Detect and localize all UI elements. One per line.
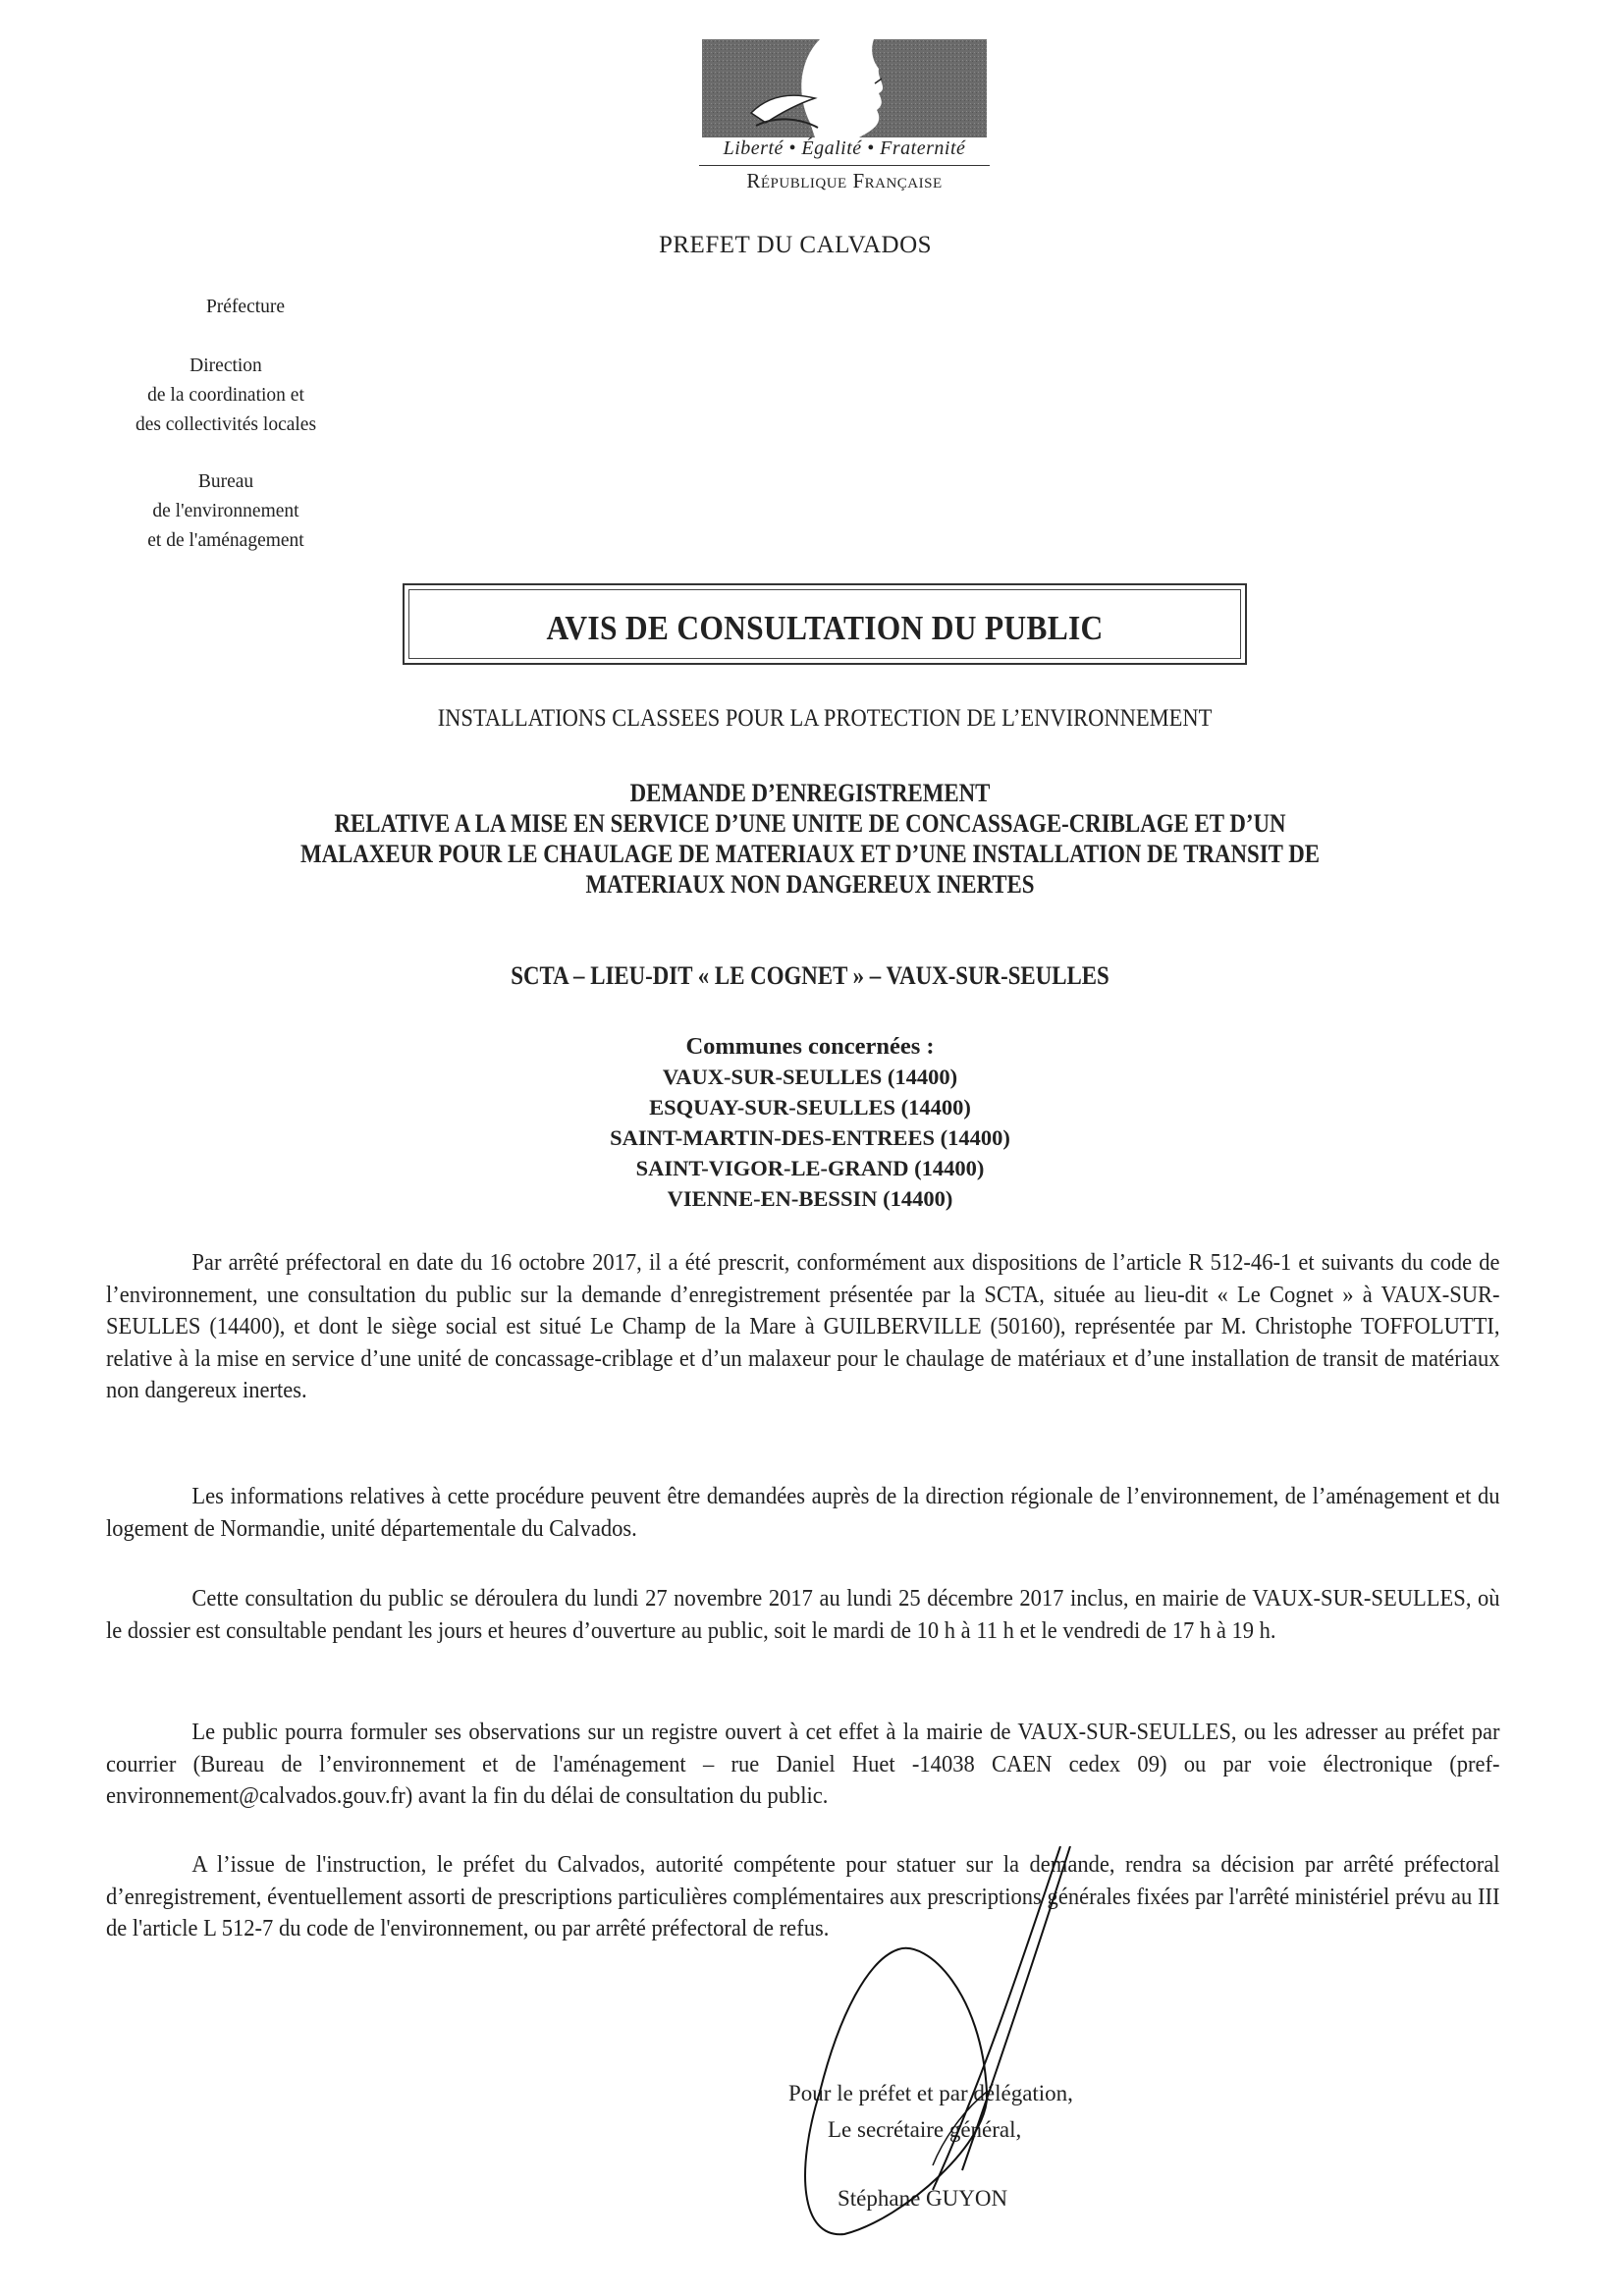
sender-bureau-line: de l'environnement <box>108 497 344 526</box>
body-paragraph: Cette consultation du public se dérouler… <box>106 1583 1500 1647</box>
republic-name: République Française <box>687 169 1001 193</box>
paragraph-text: Les informations relatives à cette procé… <box>106 1483 1500 1542</box>
request-heading: DEMANDE D’ENREGISTREMENT RELATIVE A LA M… <box>227 778 1393 900</box>
sender-prefecture: Préfecture <box>147 293 344 322</box>
prefet-heading: PREFET DU CALVADOS <box>589 232 1001 259</box>
marianne-logo-icon <box>702 39 987 137</box>
paragraph-text: Le public pourra formuler ses observatio… <box>106 1719 1500 1809</box>
page-title: AVIS DE CONSULTATION DU PUBLIC <box>445 609 1205 648</box>
request-heading-line: MATERIAUX NON DANGEREUX INERTES <box>227 869 1393 900</box>
body-paragraph: Par arrêté préfectoral en date du 16 oct… <box>106 1247 1500 1407</box>
communes-title: Communes concernées : <box>491 1031 1129 1062</box>
sender-bureau-line: et de l'aménagement <box>108 526 344 556</box>
request-heading-line: RELATIVE A LA MISE EN SERVICE D’UNE UNIT… <box>227 808 1393 839</box>
commune-item: VAUX-SUR-SEULLES (14400) <box>491 1062 1129 1092</box>
request-heading-line: MALAXEUR POUR LE CHAULAGE DE MATERIAUX E… <box>227 839 1393 869</box>
sender-direction-line: de la coordination et <box>108 381 344 410</box>
sender-direction-line: des collectivités locales <box>108 410 344 440</box>
commune-item: SAINT-MARTIN-DES-ENTREES (14400) <box>491 1122 1129 1153</box>
body-paragraph: Le public pourra formuler ses observatio… <box>106 1717 1500 1813</box>
logo-divider <box>699 165 990 166</box>
sender-direction: Direction de la coordination et des coll… <box>108 352 344 440</box>
body-paragraph: A l’issue de l'instruction, le préfet du… <box>106 1849 1500 1945</box>
request-heading-line: DEMANDE D’ENREGISTREMENT <box>227 778 1393 808</box>
signature-delegation: Pour le préfet et par délégation, <box>788 2081 1073 2106</box>
signature-role: Le secrétaire général, <box>828 2117 1021 2143</box>
signatory-name: Stéphane GUYON <box>838 2186 1007 2212</box>
paragraph-text: A l’issue de l'instruction, le préfet du… <box>106 1851 1500 1941</box>
republic-motto: Liberté • Égalité • Fraternité <box>687 137 1001 160</box>
site-heading: SCTA – LIEU-DIT « LE COGNET » – VAUX-SUR… <box>270 960 1350 991</box>
body-paragraph: Les informations relatives à cette procé… <box>106 1481 1500 1545</box>
commune-item: VIENNE-EN-BESSIN (14400) <box>491 1183 1129 1214</box>
commune-item: SAINT-VIGOR-LE-GRAND (14400) <box>491 1153 1129 1183</box>
sender-direction-line: Direction <box>108 352 344 381</box>
paragraph-text: Par arrêté préfectoral en date du 16 oct… <box>106 1249 1500 1403</box>
sender-bureau-line: Bureau <box>108 467 344 497</box>
subtitle: INSTALLATIONS CLASSEES POUR LA PROTECTIO… <box>259 705 1390 733</box>
communes-list: Communes concernées : VAUX-SUR-SEULLES (… <box>491 1031 1129 1214</box>
commune-item: ESQUAY-SUR-SEULLES (14400) <box>491 1092 1129 1122</box>
paragraph-text: Cette consultation du public se dérouler… <box>106 1585 1500 1644</box>
sender-bureau: Bureau de l'environnement et de l'aménag… <box>108 467 344 556</box>
